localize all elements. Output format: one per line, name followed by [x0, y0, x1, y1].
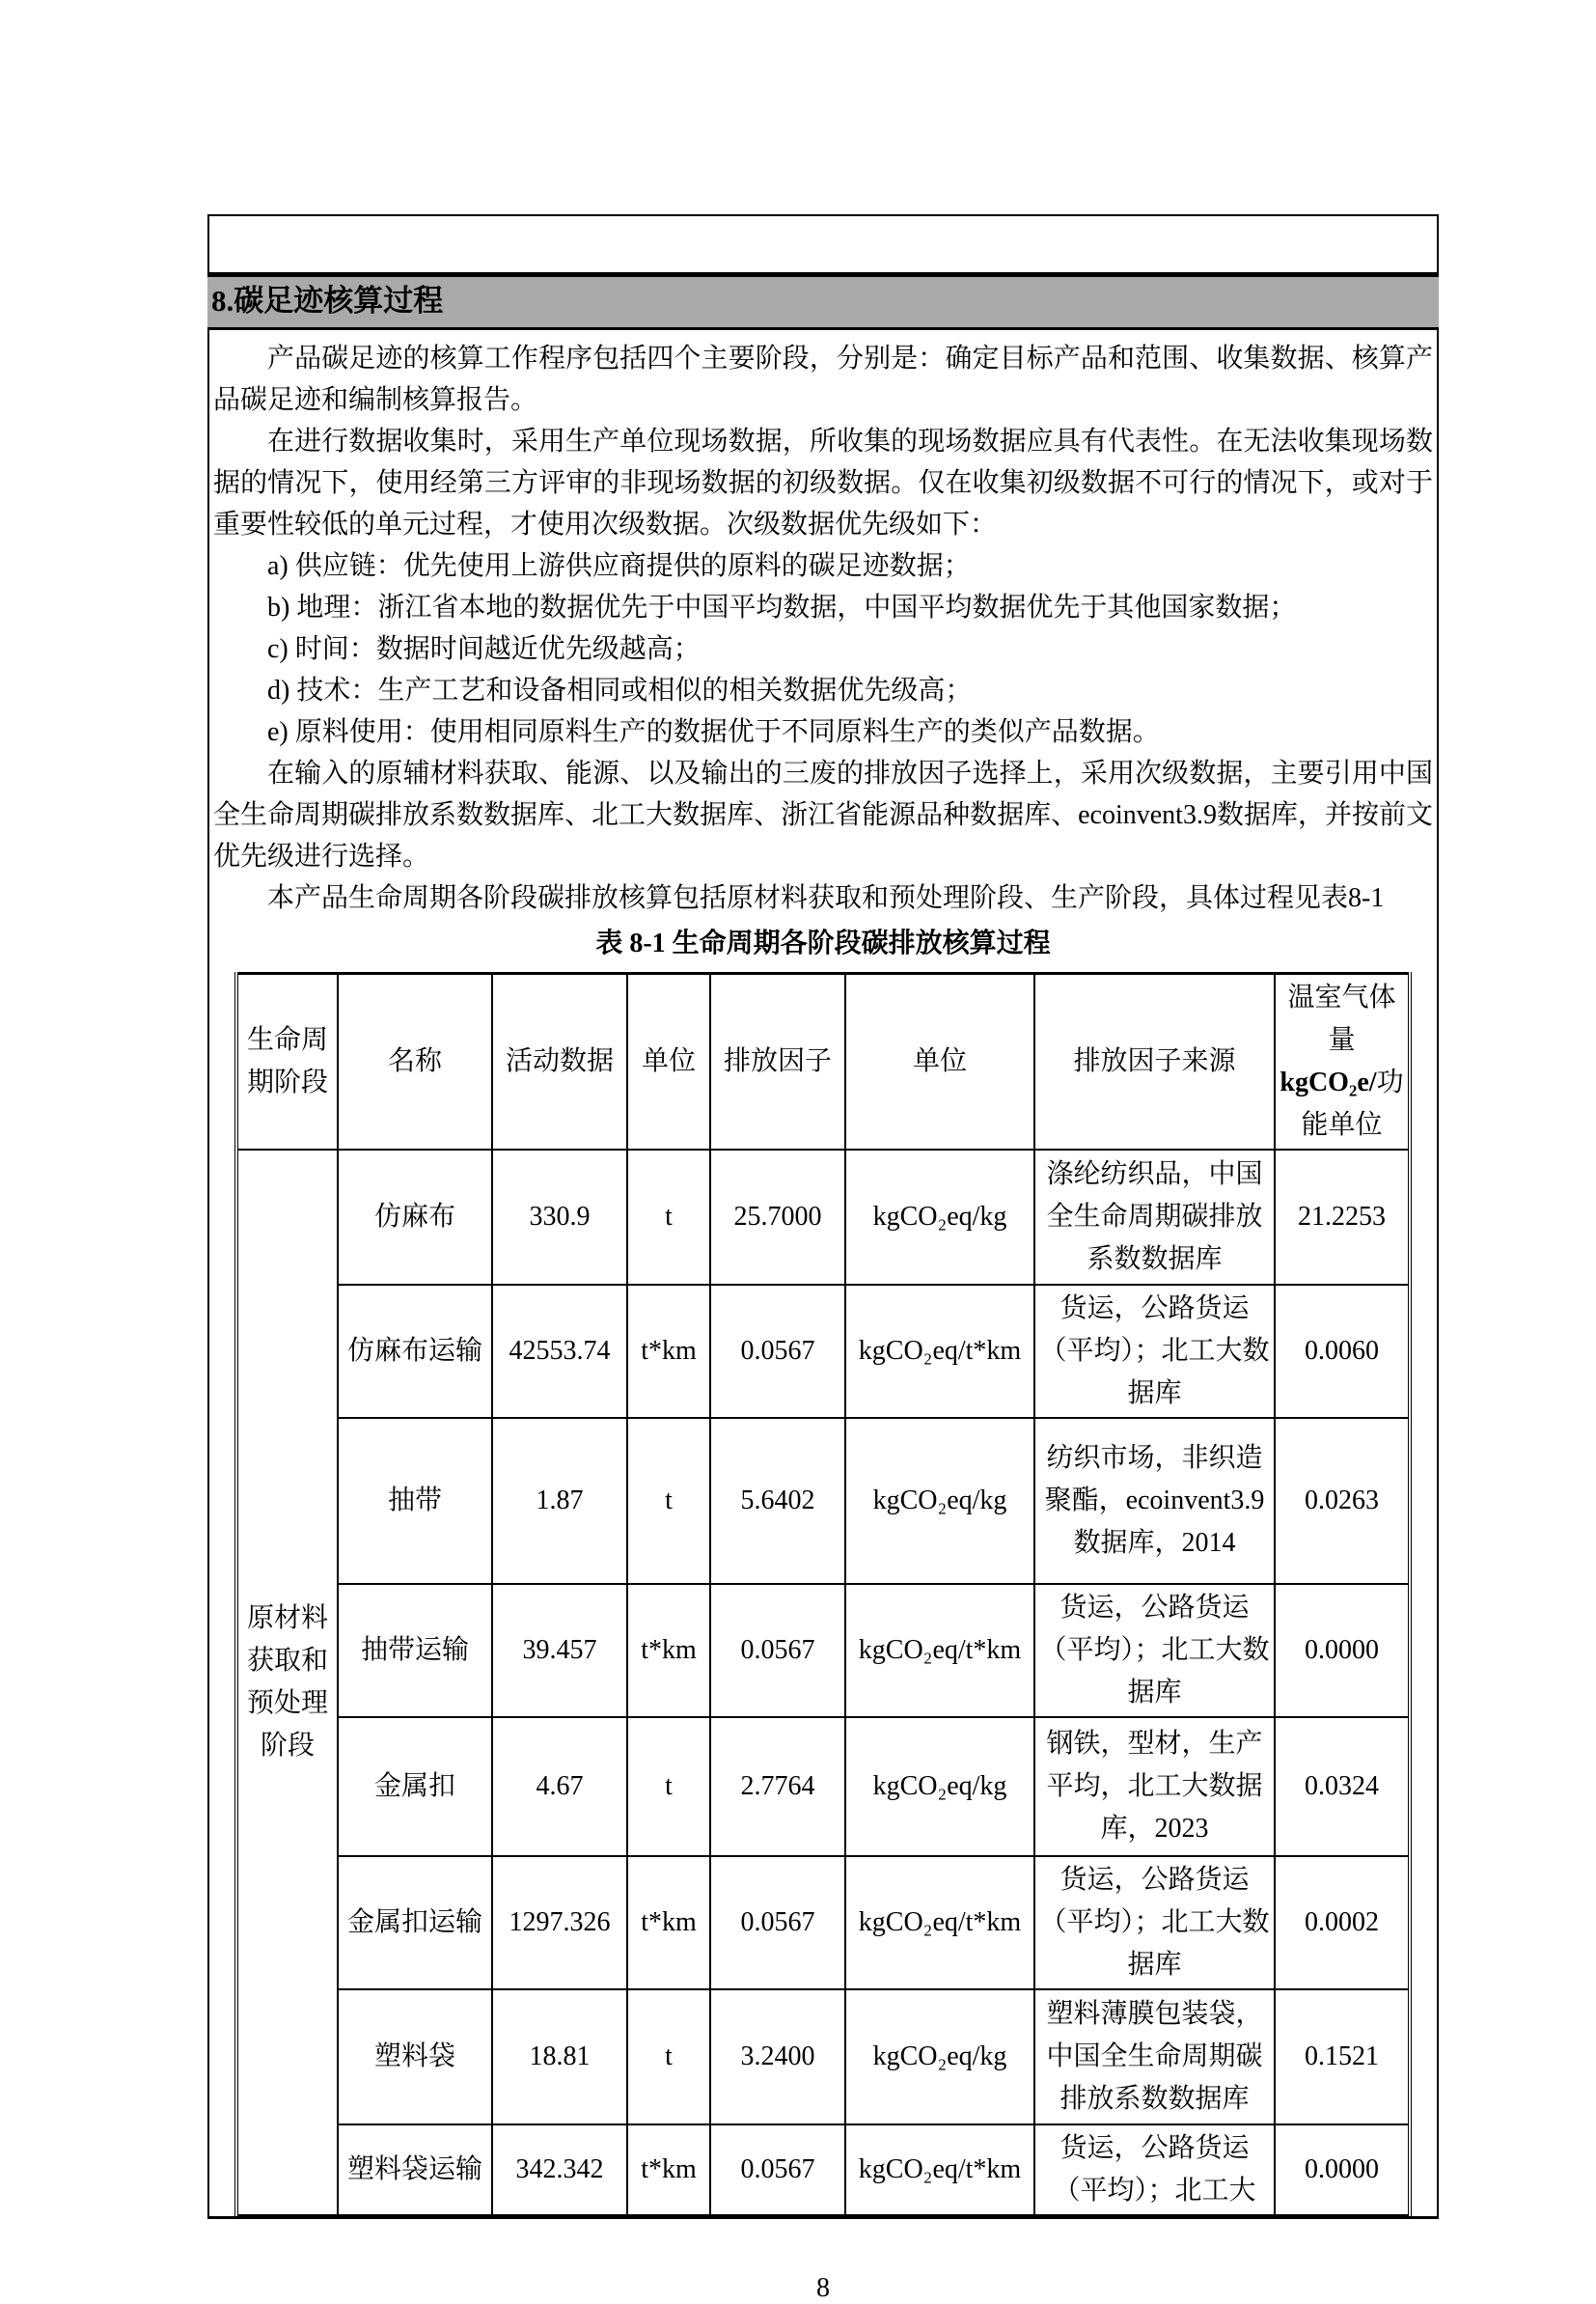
- column-header-activity: 活动数据: [492, 974, 627, 1151]
- ghg-cell: 0.0000: [1275, 2124, 1410, 2215]
- unit-cell: t*km: [627, 1856, 710, 1989]
- source-cell: 货运，公路货运（平均）；北工大数据库: [1034, 1856, 1275, 1989]
- paragraph-table-intro: 本产品生命周期各阶段碳排放核算包括原材料获取和预处理阶段、生产阶段，具体过程见表…: [213, 877, 1433, 919]
- factor-cell: 5.6402: [710, 1418, 845, 1584]
- ghg-cell: 0.0060: [1275, 1285, 1410, 1418]
- factor-cell: 0.0567: [710, 1285, 845, 1418]
- source-cell: 货运，公路货运（平均）；北工大数据库: [1034, 1285, 1275, 1418]
- table-row: 塑料袋运输 342.342 t*km 0.0567 kgCO₂eq/t*km 货…: [236, 2124, 1410, 2215]
- paragraph-emission-factor: 在输入的原辅材料获取、能源、以及输出的三废的排放因子选择上，采用次级数据，主要引…: [213, 753, 1433, 877]
- factor-cell: 0.0567: [710, 2124, 845, 2215]
- activity-cell: 1297.326: [492, 1856, 627, 1989]
- page-number: 8: [207, 2273, 1439, 2304]
- table-row: 金属扣运输 1297.326 t*km 0.0567 kgCO₂eq/t*km …: [236, 1856, 1410, 1989]
- unit-cell: kgCO₂eq/kg: [845, 1418, 1034, 1584]
- section-header-bar: 8.碳足迹核算过程: [207, 274, 1439, 330]
- document-page: 8.碳足迹核算过程 产品碳足迹的核算工作程序包括四个主要阶段，分别是：确定目标产…: [207, 214, 1439, 2304]
- table-caption: 表 8-1 生命周期各阶段碳排放核算过程: [213, 923, 1433, 964]
- name-cell: 塑料袋: [338, 1989, 492, 2124]
- source-cell: 涤纶纺织品，中国全生命周期碳排放系数数据库: [1034, 1150, 1275, 1285]
- column-header-source: 排放因子来源: [1034, 974, 1275, 1151]
- unit-cell: kgCO₂eq/t*km: [845, 1285, 1034, 1418]
- ghg-cell: 0.0002: [1275, 1856, 1410, 1989]
- ghg-header-line2: kgCO₂e/功: [1280, 1062, 1404, 1104]
- name-cell: 金属扣运输: [338, 1856, 492, 1989]
- unit-cell: t: [627, 1150, 710, 1285]
- table-row: 金属扣 4.67 t 2.7764 kgCO₂eq/kg 钢铁，型材，生产平均，…: [236, 1717, 1410, 1856]
- table-row: 抽带 1.87 t 5.6402 kgCO₂eq/kg 纺织市场，非织造聚酯，e…: [236, 1418, 1410, 1584]
- name-cell: 塑料袋运输: [338, 2124, 492, 2215]
- activity-cell: 4.67: [492, 1717, 627, 1856]
- unit-cell: kgCO₂eq/t*km: [845, 2124, 1034, 2215]
- list-item-technology: d) 技术：生产工艺和设备相同或相似的相关数据优先级高；: [213, 670, 1433, 711]
- unit-cell: kgCO₂eq/t*km: [845, 1584, 1034, 1717]
- unit-cell: kgCO₂eq/t*km: [845, 1856, 1034, 1989]
- table-row: 抽带运输 39.457 t*km 0.0567 kgCO₂eq/t*km 货运，…: [236, 1584, 1410, 1717]
- ghg-cell: 0.1521: [1275, 1989, 1410, 2124]
- stage-cell: 原材料获取和预处理阶段: [236, 1150, 338, 2215]
- source-cell: 塑料薄膜包装袋，中国全生命周期碳排放系数数据库: [1034, 1989, 1275, 2124]
- list-item-time: c) 时间：数据时间越近优先级越高；: [213, 628, 1433, 670]
- content-box: 产品碳足迹的核算工作程序包括四个主要阶段，分别是：确定目标产品和范围、收集数据、…: [207, 330, 1439, 2219]
- list-item-raw-material: e) 原料使用：使用相同原料生产的数据优于不同原料生产的类似产品数据。: [213, 711, 1433, 753]
- source-cell: 货运，公路货运（平均）；北工大: [1034, 2124, 1275, 2215]
- factor-cell: 3.2400: [710, 1989, 845, 2124]
- activity-cell: 1.87: [492, 1418, 627, 1584]
- name-cell: 仿麻布: [338, 1150, 492, 1285]
- column-header-ghg: 温室气体量 kgCO₂e/功 能单位: [1275, 974, 1410, 1151]
- activity-cell: 42553.74: [492, 1285, 627, 1418]
- unit-cell: t: [627, 1418, 710, 1584]
- column-header-stage: 生命周期阶段: [236, 974, 338, 1151]
- unit-cell: t*km: [627, 1584, 710, 1717]
- paragraph-data-collection: 在进行数据收集时，采用生产单位现场数据，所收集的现场数据应具有代表性。在无法收集…: [213, 421, 1433, 545]
- ghg-header-line3: 能单位: [1280, 1104, 1404, 1147]
- name-cell: 抽带运输: [338, 1584, 492, 1717]
- source-cell: 货运，公路货运（平均）；北工大数据库: [1034, 1584, 1275, 1717]
- column-header-unit-2: 单位: [845, 974, 1034, 1151]
- column-header-name: 名称: [338, 974, 492, 1151]
- table-row: 原材料获取和预处理阶段 仿麻布 330.9 t 25.7000 kgCO₂eq/…: [236, 1150, 1410, 1285]
- unit-cell: kgCO₂eq/kg: [845, 1989, 1034, 2124]
- factor-cell: 25.7000: [710, 1150, 845, 1285]
- factor-cell: 0.0567: [710, 1856, 845, 1989]
- factor-cell: 2.7764: [710, 1717, 845, 1856]
- previous-table-remainder-box: [207, 214, 1439, 274]
- unit-cell: t*km: [627, 1285, 710, 1418]
- ghg-cell: 0.0324: [1275, 1717, 1410, 1856]
- table-row: 塑料袋 18.81 t 3.2400 kgCO₂eq/kg 塑料薄膜包装袋，中国…: [236, 1989, 1410, 2124]
- ghg-header-line1: 温室气体量: [1280, 977, 1404, 1062]
- ghg-cell: 0.0000: [1275, 1584, 1410, 1717]
- activity-cell: 342.342: [492, 2124, 627, 2215]
- table-row: 仿麻布运输 42553.74 t*km 0.0567 kgCO₂eq/t*km …: [236, 1285, 1410, 1418]
- list-item-supply-chain: a) 供应链：优先使用上游供应商提供的原料的碳足迹数据；: [213, 545, 1433, 587]
- activity-cell: 18.81: [492, 1989, 627, 2124]
- table-header-row: 生命周期阶段 名称 活动数据 单位 排放因子 单位 排放因子来源 温室气体量 k…: [236, 974, 1410, 1151]
- unit-cell: t: [627, 1989, 710, 2124]
- ghg-cell: 0.0263: [1275, 1418, 1410, 1584]
- activity-cell: 330.9: [492, 1150, 627, 1285]
- ghg-cell: 21.2253: [1275, 1150, 1410, 1285]
- unit-cell: t*km: [627, 2124, 710, 2215]
- name-cell: 仿麻布运输: [338, 1285, 492, 1418]
- column-header-unit-1: 单位: [627, 974, 710, 1151]
- unit-cell: kgCO₂eq/kg: [845, 1717, 1034, 1856]
- list-item-geography: b) 地理：浙江省本地的数据优先于中国平均数据，中国平均数据优先于其他国家数据；: [213, 587, 1433, 628]
- activity-cell: 39.457: [492, 1584, 627, 1717]
- source-cell: 纺织市场，非织造聚酯，ecoinvent3.9 数据库，2014: [1034, 1418, 1275, 1584]
- column-header-factor: 排放因子: [710, 974, 845, 1151]
- paragraph-workflow: 产品碳足迹的核算工作程序包括四个主要阶段，分别是：确定目标产品和范围、收集数据、…: [213, 338, 1433, 421]
- source-cell: 钢铁，型材，生产平均，北工大数据库，2023: [1034, 1717, 1275, 1856]
- unit-cell: kgCO₂eq/kg: [845, 1150, 1034, 1285]
- unit-cell: t: [627, 1717, 710, 1856]
- lifecycle-emission-table: 生命周期阶段 名称 活动数据 单位 排放因子 单位 排放因子来源 温室气体量 k…: [234, 972, 1412, 2216]
- section-title: 8.碳足迹核算过程: [211, 284, 443, 318]
- factor-cell: 0.0567: [710, 1584, 845, 1717]
- name-cell: 抽带: [338, 1418, 492, 1584]
- name-cell: 金属扣: [338, 1717, 492, 1856]
